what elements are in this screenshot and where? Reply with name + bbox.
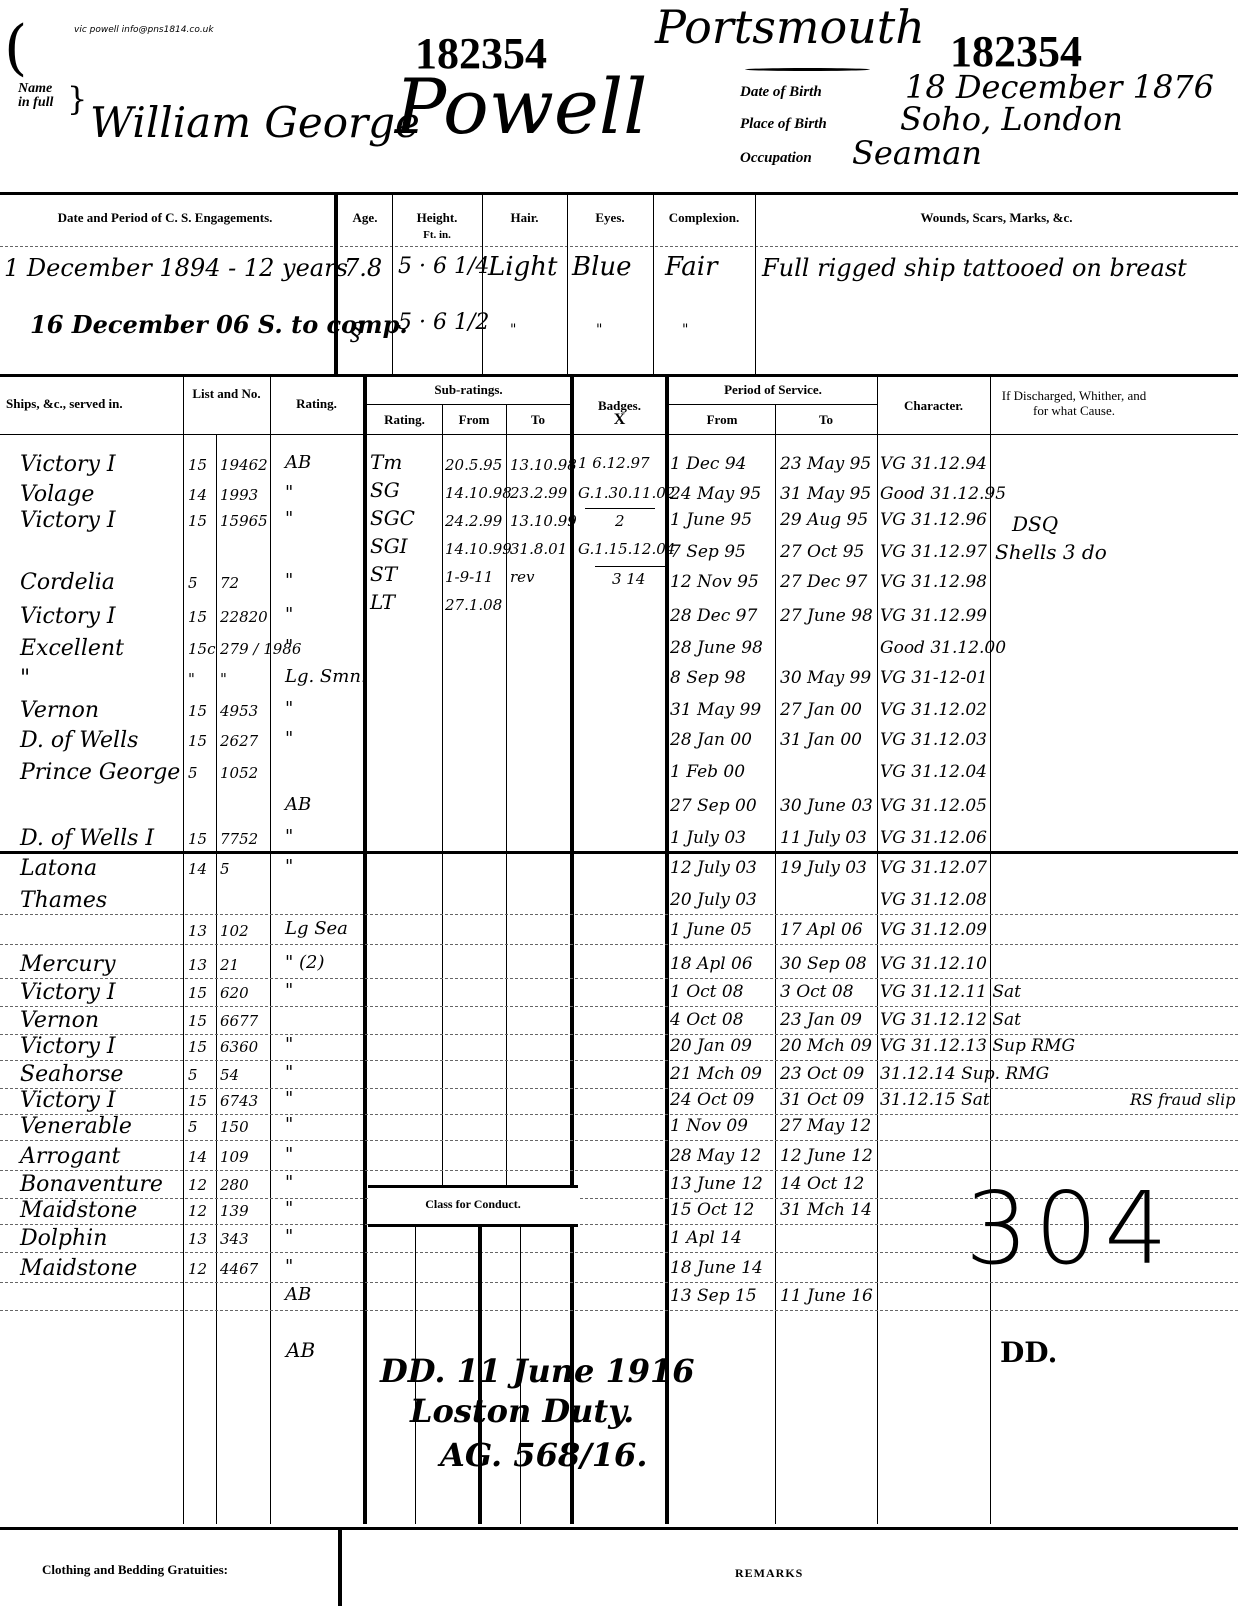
character-value: VG 31.12.09 xyxy=(880,920,987,940)
period-to: 30 May 99 xyxy=(780,668,871,688)
rating-value: " xyxy=(285,1144,293,1165)
ship-number: 102 xyxy=(220,922,249,940)
character-value: VG 31-12-01 xyxy=(880,668,988,688)
period-to: 30 Sep 08 xyxy=(780,954,867,974)
header-complexion: Complexion. xyxy=(653,210,755,225)
rating-value: " xyxy=(285,980,293,1001)
list-number: 5 xyxy=(188,574,198,592)
list-number: 12 xyxy=(188,1176,207,1194)
ship-number: 4953 xyxy=(220,702,258,720)
ship-name: Volage xyxy=(20,482,94,507)
character-value: VG 31.12.08 xyxy=(880,890,987,910)
list-number: 15 xyxy=(188,608,207,626)
ship-number: 5 xyxy=(220,860,230,878)
ship-name: Mercury xyxy=(20,952,116,977)
character-value: VG 31.12.96 xyxy=(880,510,987,530)
rating-value: " xyxy=(285,698,293,719)
divider xyxy=(216,434,217,1524)
header-period-to: To xyxy=(775,412,877,427)
rating-value: " xyxy=(285,1062,293,1083)
engagement-1: 1 December 1894 - 12 years xyxy=(4,254,348,282)
period-to: 31 May 95 xyxy=(780,484,871,504)
period-from: 15 Oct 12 xyxy=(670,1200,754,1220)
character-value: VG 31.12.05 xyxy=(880,796,987,816)
eyes-2: " xyxy=(596,322,602,338)
ship-number: 2627 xyxy=(220,732,258,750)
rating-value: " xyxy=(285,1172,293,1193)
header-hair: Hair. xyxy=(482,210,567,225)
header-sub-to: To xyxy=(506,412,570,427)
surname: Powell xyxy=(395,62,647,151)
period-to: 27 Oct 95 xyxy=(780,542,864,562)
header-ships: Ships, &c., served in. xyxy=(0,396,186,411)
period-from: 1 Dec 94 xyxy=(670,454,746,474)
hair-2: " xyxy=(510,322,516,338)
character-value: VG 31.12.94 xyxy=(880,454,987,474)
divider xyxy=(775,404,776,1524)
death-note-2: Loston Duty. xyxy=(410,1392,634,1430)
badge-3: 2 xyxy=(615,512,625,530)
ship-number: 6743 xyxy=(220,1092,258,1110)
rating-value: " xyxy=(285,1226,293,1247)
death-note-1: DD. 11 June 1916 xyxy=(380,1352,695,1390)
occupation-label: Occupation xyxy=(740,150,812,167)
header-height: Height. xyxy=(392,210,482,225)
ship-number: 54 xyxy=(220,1066,239,1084)
ship-number: 6677 xyxy=(220,1012,258,1030)
period-from: 20 Jan 09 xyxy=(670,1036,752,1056)
header-list-no: List and No. xyxy=(183,386,270,401)
port: Portsmouth xyxy=(655,0,925,54)
rating-final: AB xyxy=(286,1338,315,1362)
occupation-value: Seaman xyxy=(852,134,982,172)
period-to: 3 Oct 08 xyxy=(780,982,854,1002)
header-discharged: If Discharged, Whither, and for what Cau… xyxy=(994,388,1154,418)
list-number: 15 xyxy=(188,1038,207,1056)
character-value: Good 31.12.95 xyxy=(880,484,1006,504)
sub-from-5: 1-9-11 xyxy=(445,568,493,586)
ship-number: 22820 xyxy=(220,608,268,626)
list-number: 15 xyxy=(188,1012,207,1030)
sub-to-4: 31.8.01 xyxy=(510,540,567,558)
period-from: 12 Nov 95 xyxy=(670,572,759,592)
character-value: VG 31.12.11 Sat xyxy=(880,982,1021,1002)
badge-5: 3 14 xyxy=(612,570,645,588)
ship-number: 15965 xyxy=(220,512,268,530)
badge-4: G.1.15.12.04 xyxy=(578,540,675,558)
ship-name: Victory I xyxy=(20,452,116,477)
list-number: 15 xyxy=(188,732,207,750)
period-from: 1 June 95 xyxy=(670,510,752,530)
sub-to-2: 23.2.99 xyxy=(510,484,567,502)
period-to: 27 Jan 00 xyxy=(780,700,862,720)
period-from: 20 July 03 xyxy=(670,890,757,910)
row-rule xyxy=(0,944,1238,945)
header-period-from: From xyxy=(669,412,775,427)
ship-number: 19462 xyxy=(220,456,268,474)
list-number: 13 xyxy=(188,956,207,974)
list-number: 12 xyxy=(188,1260,207,1278)
character-value: VG 31.12.03 xyxy=(880,730,987,750)
rating-value: " xyxy=(285,508,293,529)
ship-name: Dolphin xyxy=(20,1226,107,1251)
ship-name: Victory I xyxy=(20,1034,116,1059)
rating-value: " xyxy=(285,1256,293,1277)
ship-name: " xyxy=(20,666,30,691)
sub-rating-1: Tm xyxy=(370,450,402,474)
list-number: 15 xyxy=(188,702,207,720)
period-to: 23 Oct 09 xyxy=(780,1064,864,1084)
row-rule xyxy=(0,1310,1238,1311)
divider xyxy=(442,404,443,1204)
period-from: 28 Jan 00 xyxy=(670,730,752,750)
divider xyxy=(595,566,665,567)
header-engagement: Date and Period of C. S. Engagements. xyxy=(0,210,330,225)
period-from: 13 Sep 15 xyxy=(670,1286,757,1306)
divider xyxy=(338,1527,342,1606)
divider xyxy=(0,434,1238,435)
character-value: VG 31.12.02 xyxy=(880,700,987,720)
ship-name: Prince George xyxy=(20,760,180,785)
list-number: 15 xyxy=(188,512,207,530)
divider xyxy=(0,851,1238,854)
badge-2: G.1.30.11.02 xyxy=(578,484,675,502)
rating-value: " xyxy=(285,482,293,503)
name-label-2: in full xyxy=(18,96,53,110)
divider xyxy=(0,192,1238,195)
period-to: 20 Mch 09 xyxy=(780,1036,872,1056)
sub-from-6: 27.1.08 xyxy=(445,596,502,614)
character-value: VG 31.12.97 xyxy=(880,542,987,562)
discharged-note-1: DSQ xyxy=(1012,512,1058,536)
ship-name: D. of Wells xyxy=(20,728,138,753)
header-sub-rating: Rating. xyxy=(367,412,442,427)
period-from: 1 Oct 08 xyxy=(670,982,744,1002)
discharged-note-2: Shells 3 do xyxy=(995,540,1107,564)
row-rule xyxy=(0,1114,1238,1115)
ship-name: Seahorse xyxy=(20,1062,123,1087)
ship-name: Victory I xyxy=(20,604,116,629)
rating-value: Lg Sea xyxy=(285,918,348,939)
sub-from-3: 24.2.99 xyxy=(445,512,502,530)
sub-from-1: 20.5.95 xyxy=(445,456,502,474)
character-value: VG 31.12.99 xyxy=(880,606,987,626)
period-from: 13 June 12 xyxy=(670,1174,763,1194)
divider xyxy=(506,404,507,1204)
character-value: VG 31.12.12 Sat xyxy=(880,1010,1021,1030)
divider xyxy=(270,374,271,1524)
ship-number: " xyxy=(220,670,227,688)
ship-name: Victory I xyxy=(20,508,116,533)
badges-x-icon: X xyxy=(574,412,665,427)
character-value: VG 31.12.07 xyxy=(880,858,987,878)
period-from: 1 Apl 14 xyxy=(670,1228,742,1248)
header-sub-ratings: Sub-ratings. xyxy=(367,382,570,397)
sub-rating-6: LT xyxy=(370,590,395,614)
sub-rating-5: ST xyxy=(370,562,397,586)
name-label-1: Name xyxy=(18,82,53,96)
ship-number: 620 xyxy=(220,984,249,1002)
divider xyxy=(667,404,877,405)
sub-from-2: 14.10.98 xyxy=(445,484,512,502)
period-to: 17 Apl 06 xyxy=(780,920,863,940)
ship-number: 4467 xyxy=(220,1260,258,1278)
list-number: 5 xyxy=(188,1066,198,1084)
complexion-1: Fair xyxy=(665,252,718,282)
rating-value: AB xyxy=(285,1284,311,1305)
sub-to-1: 13.10.98 xyxy=(510,456,577,474)
list-number: 12 xyxy=(188,1202,207,1220)
death-note-3: AG. 568/16. xyxy=(440,1436,647,1474)
height-1: 5 · 6 1/4 xyxy=(398,254,489,279)
rating-value: " xyxy=(285,604,293,625)
period-to: 27 Dec 97 xyxy=(780,572,867,592)
sub-to-3: 13.10.99 xyxy=(510,512,577,530)
ship-name: Cordelia xyxy=(20,570,115,595)
ship-number: 343 xyxy=(220,1230,249,1248)
sub-rating-3: SGC xyxy=(370,506,415,530)
ship-name: Bonaventure xyxy=(20,1172,163,1197)
rating-value: Lg. Smn. xyxy=(285,666,367,687)
list-number: 14 xyxy=(188,486,207,504)
period-from: 7 Sep 95 xyxy=(670,542,746,562)
ship-number: 7752 xyxy=(220,830,258,848)
period-to: 31 Mch 14 xyxy=(780,1200,872,1220)
period-to: 27 June 98 xyxy=(780,606,873,626)
dob-label: Date of Birth xyxy=(740,84,822,101)
period-from: 1 June 05 xyxy=(670,920,752,940)
sub-rating-2: SG xyxy=(370,478,400,502)
rating-value: " xyxy=(285,1114,293,1135)
divider xyxy=(363,374,367,1524)
eyes-1: Blue xyxy=(572,252,632,282)
ship-name: Latona xyxy=(20,856,97,881)
class-for-conduct-label: Class for Conduct. xyxy=(368,1197,578,1212)
row-rule xyxy=(0,978,1238,979)
row-rule xyxy=(0,1060,1238,1061)
sub-rating-4: SGI xyxy=(370,534,408,558)
list-number: 5 xyxy=(188,1118,198,1136)
watermark: vic powell info@pns1814.co.uk xyxy=(74,25,214,35)
period-from: 21 Mch 09 xyxy=(670,1064,762,1084)
rating-value: " xyxy=(285,728,293,749)
period-from: 28 Dec 97 xyxy=(670,606,757,626)
character-value: 31.12.15 Sat xyxy=(880,1090,990,1110)
ship-name: Victory I xyxy=(20,980,116,1005)
character-value: VG 31.12.13 Sup RMG xyxy=(880,1036,1075,1056)
list-number: 15c xyxy=(188,640,216,658)
character-value: 31.12.14 Sup. RMG xyxy=(880,1064,1049,1084)
badge-1: 1 6.12.97 xyxy=(578,454,650,472)
divider xyxy=(0,246,1238,247)
period-to: 23 May 95 xyxy=(780,454,871,474)
row-rule xyxy=(0,1006,1238,1007)
rating-value: " xyxy=(285,1088,293,1109)
row-rule xyxy=(0,1140,1238,1141)
period-to: 14 Oct 12 xyxy=(780,1174,864,1194)
ship-name: Venerable xyxy=(20,1114,132,1139)
header-eyes: Eyes. xyxy=(567,210,653,225)
ship-name: Maidstone xyxy=(20,1198,137,1223)
rating-value: " xyxy=(285,1198,293,1219)
hair-1: Light xyxy=(488,252,557,282)
character-value: VG 31.12.10 xyxy=(880,954,987,974)
ship-name: Thames xyxy=(20,888,107,913)
rating-value: " xyxy=(285,856,293,877)
row-rule xyxy=(0,914,1238,915)
header-marks: Wounds, Scars, Marks, &c. xyxy=(755,210,1238,225)
rating-value: " xyxy=(285,1034,293,1055)
period-from: 31 May 99 xyxy=(670,700,761,720)
list-number: 14 xyxy=(188,860,207,878)
character-value: VG 31.12.06 xyxy=(880,828,987,848)
ship-name: Arrogant xyxy=(20,1144,120,1169)
header-height-sub: Ft. in. xyxy=(392,228,482,243)
rating-value: AB xyxy=(285,794,311,815)
remarks-label: REMARKS xyxy=(735,1566,803,1581)
period-to: 27 May 12 xyxy=(780,1116,871,1136)
divider xyxy=(585,508,655,509)
sub-to-5: rev xyxy=(510,568,535,586)
list-number: " xyxy=(188,670,195,688)
header-age: Age. xyxy=(338,210,392,225)
ship-name: Vernon xyxy=(20,698,99,723)
divider xyxy=(0,1527,1238,1530)
marks-1: Full rigged ship tattooed on breast xyxy=(762,254,1187,282)
period-from: 27 Sep 00 xyxy=(670,796,757,816)
name-label: Name in full xyxy=(18,82,53,110)
rating-value: AB xyxy=(285,452,311,473)
period-to: 11 June 16 xyxy=(780,1286,873,1306)
complexion-2: " xyxy=(682,322,688,338)
large-number: 304 xyxy=(965,1170,1174,1287)
character-value: VG 31.12.98 xyxy=(880,572,987,592)
rating-value: " xyxy=(285,570,293,591)
header-character: Character. xyxy=(877,398,990,413)
period-from: 12 July 03 xyxy=(670,858,757,878)
ship-number: 150 xyxy=(220,1118,249,1136)
ship-number: 109 xyxy=(220,1148,249,1166)
period-from: 28 June 98 xyxy=(670,638,763,658)
row-rule xyxy=(0,1088,1238,1089)
bracket-icon: ( xyxy=(4,18,27,78)
discharged-note-3: RS fraud slip xyxy=(1130,1090,1236,1109)
ship-name: D. of Wells I xyxy=(20,826,154,851)
pob-label: Place of Birth xyxy=(740,116,827,133)
age-2: § xyxy=(350,318,362,346)
rating-value: " (2) xyxy=(285,952,325,973)
period-from: 4 Oct 08 xyxy=(670,1010,744,1030)
divider xyxy=(990,374,991,1524)
brace-icon: } xyxy=(67,80,87,118)
period-from: 1 Nov 09 xyxy=(670,1116,748,1136)
period-to: 12 June 12 xyxy=(780,1146,873,1166)
period-to: 23 Jan 09 xyxy=(780,1010,862,1030)
period-from: 1 July 03 xyxy=(670,828,746,848)
ship-number: 72 xyxy=(220,574,239,592)
period-from: 1 Feb 00 xyxy=(670,762,745,782)
period-to: 11 July 03 xyxy=(780,828,867,848)
character-value: Good 31.12.00 xyxy=(880,638,1006,658)
ship-number: 21 xyxy=(220,956,239,974)
divider xyxy=(183,374,184,1524)
header-period: Period of Service. xyxy=(669,382,877,397)
period-to: 29 Aug 95 xyxy=(780,510,868,530)
period-to: 19 July 03 xyxy=(780,858,867,878)
divider xyxy=(0,374,1238,377)
ship-number: 280 xyxy=(220,1176,249,1194)
rating-value: " xyxy=(285,826,293,847)
ship-number: 6360 xyxy=(220,1038,258,1056)
header-rating: Rating. xyxy=(270,396,363,411)
port-underline xyxy=(745,68,870,71)
list-number: 13 xyxy=(188,1230,207,1248)
list-number: 15 xyxy=(188,830,207,848)
list-number: 15 xyxy=(188,984,207,1002)
clothing-label: Clothing and Bedding Gratuities: xyxy=(42,1562,228,1578)
height-2: 5 · 6 1/2 xyxy=(398,310,489,335)
period-to: 30 June 03 xyxy=(780,796,873,816)
period-from: 8 Sep 98 xyxy=(670,668,746,688)
pob-value: Soho, London xyxy=(900,100,1123,138)
discharge-stamp: DD. xyxy=(1000,1336,1057,1369)
ship-number: 1052 xyxy=(220,764,258,782)
list-number: 5 xyxy=(188,764,198,782)
list-number: 15 xyxy=(188,1092,207,1110)
sub-from-4: 14.10.99 xyxy=(445,540,512,558)
period-from: 28 May 12 xyxy=(670,1146,761,1166)
period-from: 18 Apl 06 xyxy=(670,954,753,974)
ship-number: 1993 xyxy=(220,486,258,504)
divider xyxy=(877,374,878,1524)
character-value: VG 31.12.04 xyxy=(880,762,987,782)
period-to: 31 Oct 09 xyxy=(780,1090,864,1110)
ship-number: 139 xyxy=(220,1202,249,1220)
list-number: 15 xyxy=(188,456,207,474)
header-sub-from: From xyxy=(442,412,506,427)
ship-name: Excellent xyxy=(20,636,124,661)
period-from: 24 May 95 xyxy=(670,484,761,504)
ship-name: Vernon xyxy=(20,1008,99,1033)
given-names: William George xyxy=(90,98,420,147)
list-number: 14 xyxy=(188,1148,207,1166)
ship-name: Victory I xyxy=(20,1088,116,1113)
ship-name: Maidstone xyxy=(20,1256,137,1281)
period-from: 24 Oct 09 xyxy=(670,1090,754,1110)
age-1: 7.8 xyxy=(344,254,382,282)
divider xyxy=(365,404,570,405)
period-from: 18 June 14 xyxy=(670,1258,763,1278)
period-to: 31 Jan 00 xyxy=(780,730,862,750)
list-number: 13 xyxy=(188,922,207,940)
rating-value: " xyxy=(285,636,293,657)
row-rule xyxy=(0,1034,1238,1035)
